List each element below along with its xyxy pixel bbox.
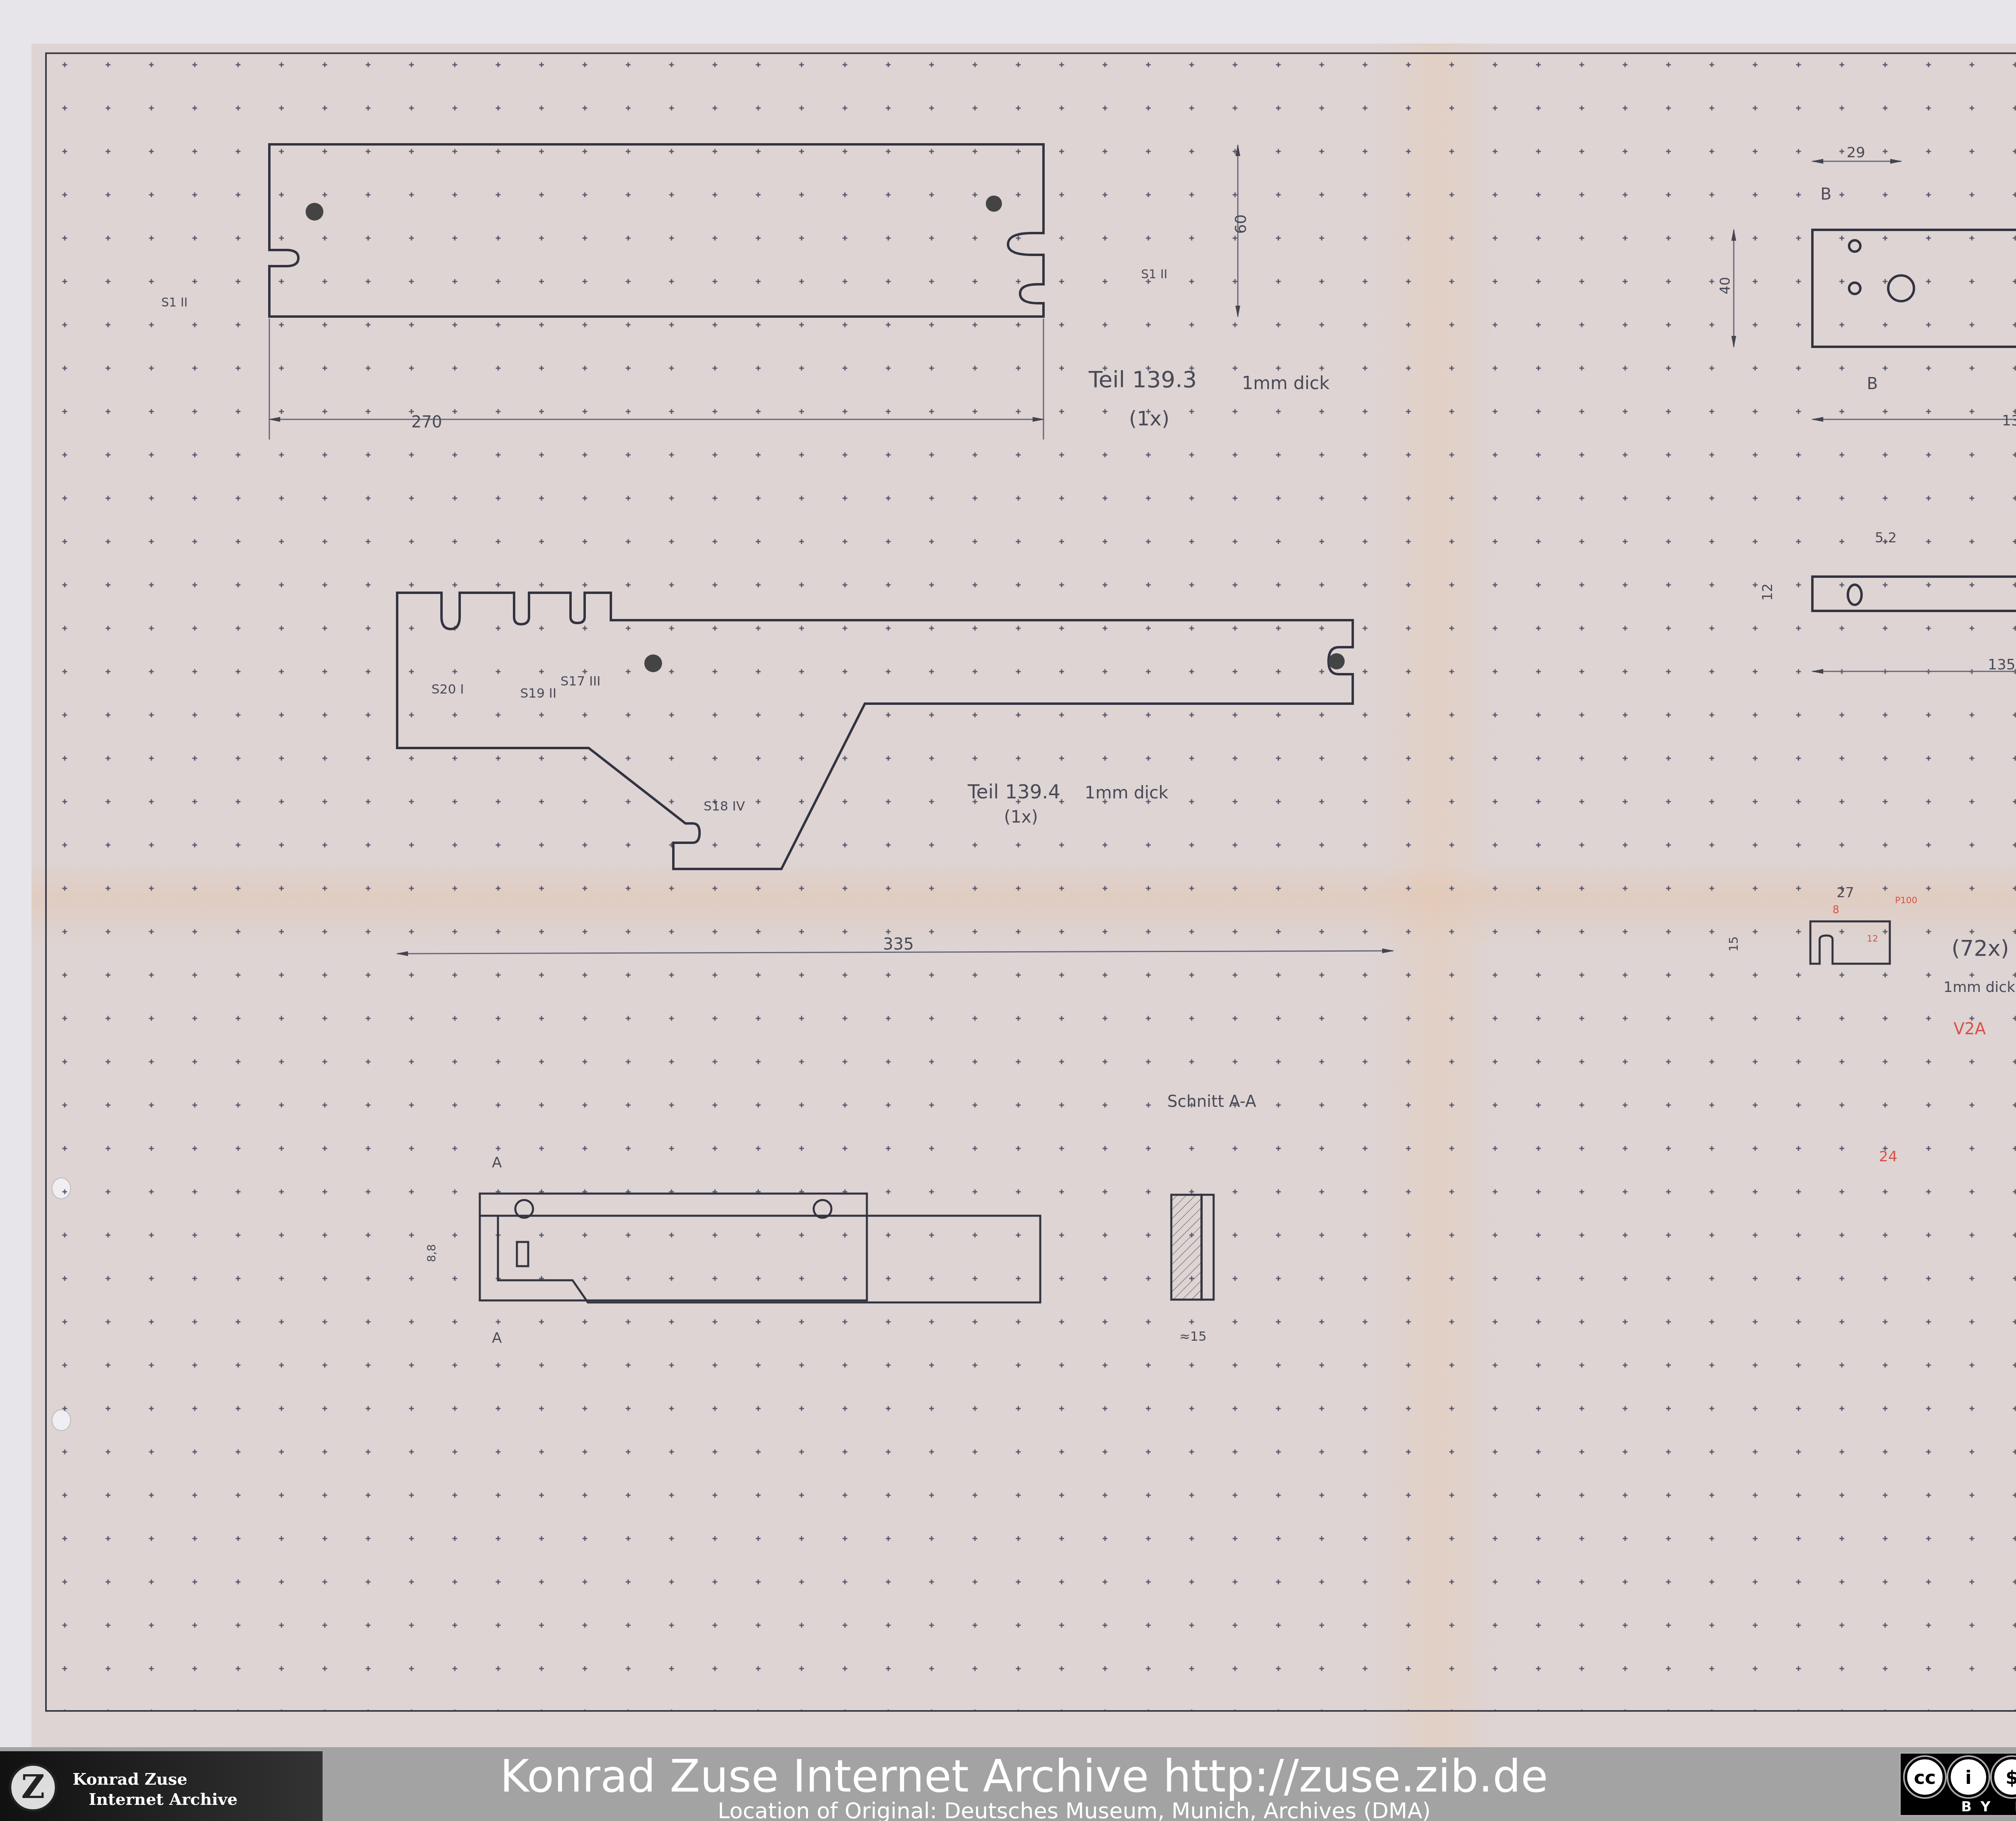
hole-marker-icon	[644, 654, 662, 672]
logo-line-1: Konrad Zuse	[73, 1769, 237, 1790]
hole-label: S18 IV	[704, 798, 745, 814]
part-quantity: (72x)	[1951, 936, 2009, 961]
logo-line-2: Internet Archive	[73, 1790, 237, 1810]
part-quantity: (1x)	[1129, 407, 1169, 430]
dim-length: 270	[411, 413, 442, 431]
dim-length: 135	[1988, 656, 2016, 673]
archive-footer: Z Konrad Zuse Internet Archive Konrad Zu…	[0, 1747, 2016, 1821]
hole-label: S1 II	[1141, 267, 1167, 281]
red-note: 12	[1867, 934, 1878, 944]
dim-side: 8,8	[425, 1244, 438, 1262]
zuse-archive-logo[interactable]: Z Konrad Zuse Internet Archive	[0, 1751, 323, 1821]
hole-label: S17 III	[560, 673, 601, 689]
dim-width: 27	[1837, 885, 1854, 901]
dim-height: 60	[1232, 215, 1250, 234]
hole-marker-icon	[306, 203, 323, 221]
noncommercial-icon: $	[1992, 1757, 2016, 1797]
hole-marker-icon	[986, 196, 1002, 212]
cc-license-badge[interactable]: cc i $ ↻ BY NC SA	[1899, 1752, 2016, 1817]
cut-mark: B	[1820, 185, 1831, 204]
part-thickness: 1mm dick	[1242, 373, 1330, 394]
hole-label: S1 II	[161, 296, 187, 310]
red-note: P100	[1895, 896, 1917, 906]
archive-title-link[interactable]: Konrad Zuse Internet Archive http://zuse…	[500, 1752, 1548, 1800]
hole-label: S20 I	[431, 681, 464, 697]
dim-offset: 29	[1847, 144, 1865, 161]
dim-height: 12	[1760, 583, 1776, 601]
section-title: Schnitt A-A	[1167, 1092, 1256, 1111]
dim-height: 15	[1727, 936, 1741, 952]
dim-height: 40	[1717, 277, 1733, 294]
cut-mark: B	[1867, 375, 1878, 393]
archive-source: Location of Original: Deutsches Museum, …	[718, 1800, 1431, 1821]
license-labels: BY NC SA	[1961, 1799, 2016, 1815]
cut-mark: A	[492, 1154, 502, 1171]
dim-hole: 5,2	[1875, 530, 1897, 546]
cc-icon: cc	[1905, 1757, 1945, 1797]
part-title: Teil 139.4	[967, 781, 1060, 803]
part-thickness: 1mm dick	[1085, 783, 1168, 802]
red-count: 24	[1879, 1148, 1897, 1165]
dim-thickness: ≈15	[1179, 1329, 1207, 1344]
cut-mark: A	[492, 1330, 502, 1346]
hole-label: S19 II	[520, 685, 556, 701]
dim-length: 135	[2002, 413, 2016, 429]
dim-length: 335	[883, 935, 914, 954]
technical-drawing: 270 60 Teil 139.3 1mm dick (1x) S1 II S1…	[0, 0, 2016, 1747]
part-title: Teil 139.3	[1088, 367, 1197, 393]
attribution-icon: i	[1948, 1757, 1989, 1797]
red-note: 8	[1833, 904, 1839, 916]
part-quantity: (1x)	[1004, 807, 1038, 827]
material-note: V2A	[1954, 1020, 1986, 1038]
part-thickness: 1mm dick	[1943, 979, 2015, 996]
hole-marker-icon	[1329, 653, 1345, 669]
zuse-logo-icon: Z	[9, 1763, 57, 1812]
